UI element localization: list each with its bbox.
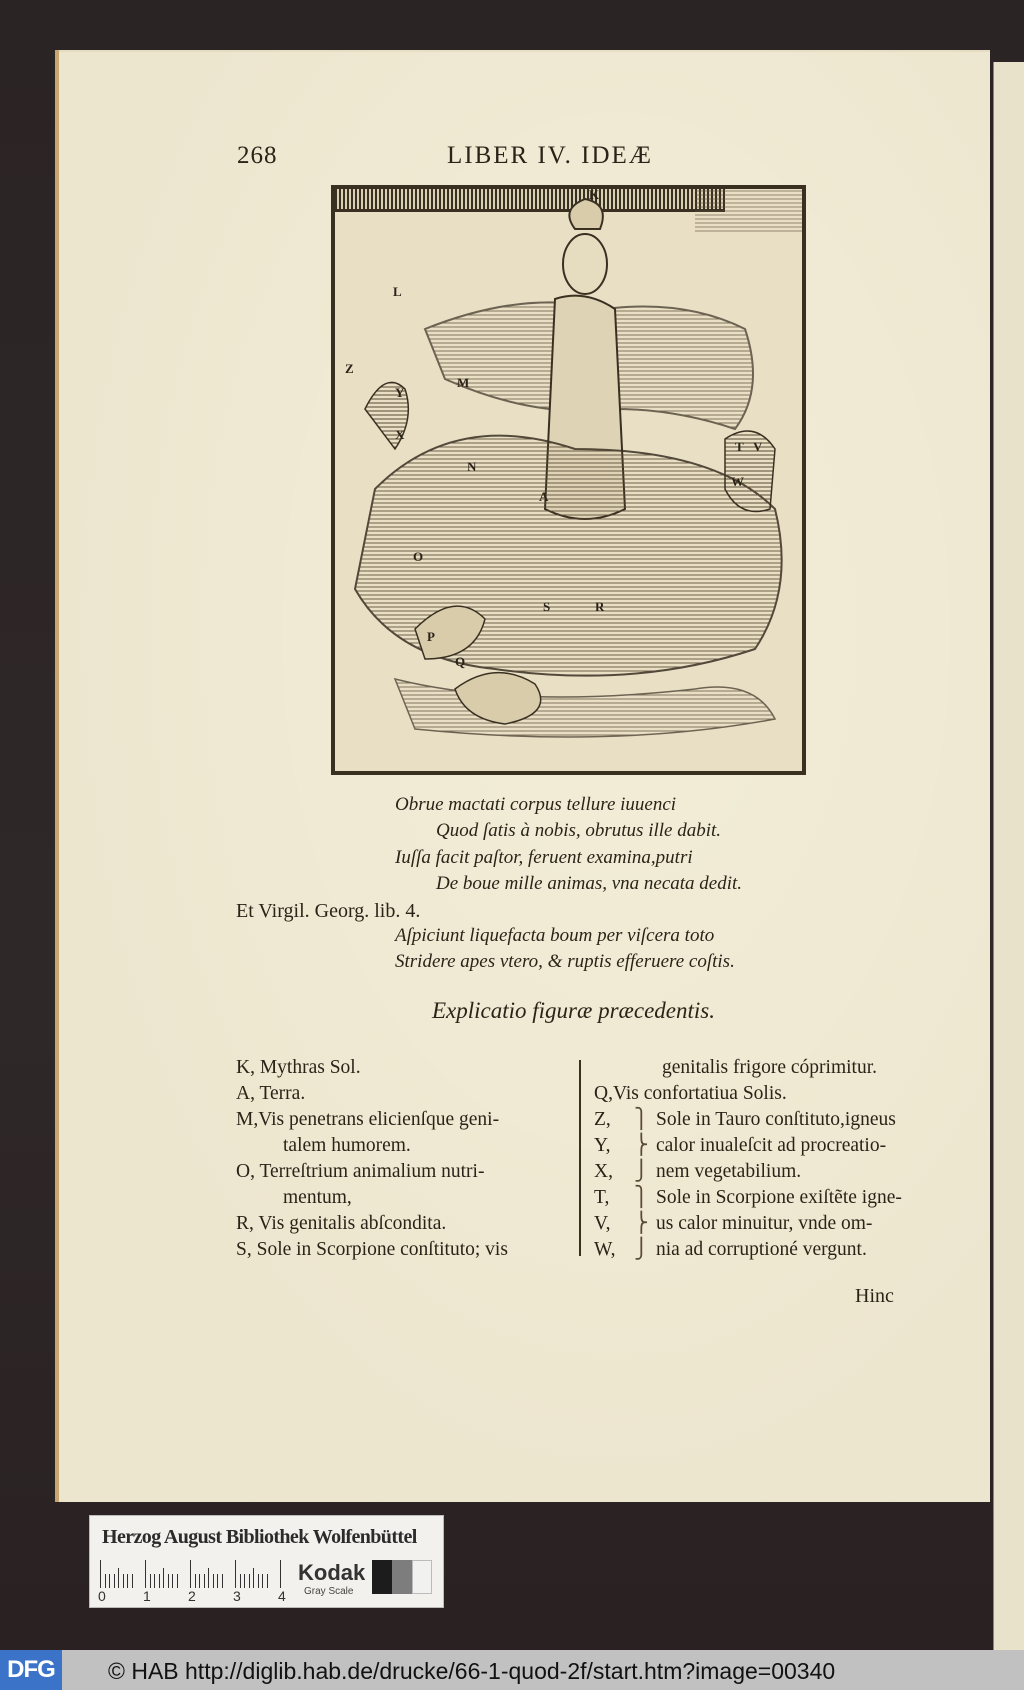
epigram-line-4: De boue mille animas, vna necata dedit. <box>436 871 742 896</box>
woodcut-label-o: O <box>413 549 423 565</box>
woodcut-illustration-mithras: K L Z Y X M N O A S R P Q T V W <box>331 185 806 775</box>
legend-right-column: genitalis frigore cóprimitur. Q,Vis conf… <box>594 1055 902 1263</box>
legend-item: A, Terra. <box>236 1081 508 1107</box>
legend-text: calor inualeſcit ad procreatio- <box>656 1135 886 1156</box>
legend-item: R, Vis genitalis abſcondita. <box>236 1211 508 1237</box>
brace-icon: ⎫ <box>634 1185 656 1211</box>
legend-key: V, <box>594 1211 634 1237</box>
legend-item-continuation: genitalis frigore cóprimitur. <box>594 1055 902 1081</box>
woodcut-label-z: Z <box>345 361 354 377</box>
brace-icon: ⎭ <box>634 1159 656 1185</box>
legend-text: Sole in Tauro conſtituto,igneus <box>656 1109 896 1130</box>
legend-text: Sole in Scorpione exiſtẽte igne- <box>656 1187 902 1208</box>
woodcut-label-r: R <box>595 599 604 615</box>
woodcut-label-a: A <box>539 489 548 505</box>
legend-text: Vis confortatiua Solis. <box>613 1083 787 1104</box>
epigram-line-1: Obrue mactati corpus tellure iuuenci <box>395 792 676 817</box>
legend-text: genitalis frigore cóprimitur. <box>662 1057 877 1078</box>
legend-key: Y, <box>594 1133 634 1159</box>
brace-icon: ⎫ <box>634 1107 656 1133</box>
woodcut-label-v: V <box>753 439 762 455</box>
running-title: LIBER IV. IDEÆ <box>447 142 653 170</box>
legend-item-continuation: mentum, <box>236 1185 508 1211</box>
woodcut-label-y: Y <box>395 385 404 401</box>
legend-key: W, <box>594 1237 634 1263</box>
virgil-verse-1: Aſpiciunt liquefacta boum per viſcera to… <box>395 923 714 948</box>
woodcut-label-w: W <box>731 474 744 490</box>
ruler-scale <box>100 1558 280 1588</box>
legend-item: Z,⎫Sole in Tauro conſtituto,igneus <box>594 1107 902 1133</box>
dfg-logo: DFG <box>0 1650 62 1690</box>
legend-text: nia ad corruptioné vergunt. <box>656 1239 867 1260</box>
legend-text: us calor minuitur, vnde om- <box>656 1213 872 1234</box>
kodak-logo: Kodak <box>298 1560 365 1586</box>
legend-item: M,Vis penetrans elicienſque geni- <box>236 1107 508 1133</box>
legend-item: T,⎫Sole in Scorpione exiſtẽte igne- <box>594 1185 902 1211</box>
legend-item: X,⎭nem vegetabilium. <box>594 1159 902 1185</box>
copyright-link[interactable]: © HAB http://diglib.hab.de/drucke/66-1-q… <box>108 1658 835 1685</box>
brace-icon: ⎭ <box>634 1237 656 1263</box>
legend-key: T, <box>594 1185 634 1211</box>
woodcut-label-k: K <box>589 187 599 203</box>
swatch-white <box>412 1560 432 1594</box>
legend-text: nem vegetabilium. <box>656 1161 801 1182</box>
legend-key: Q, <box>594 1083 613 1104</box>
legend-item: K, Mythras Sol. <box>236 1055 508 1081</box>
page-number: 268 <box>237 142 278 170</box>
explicatio-heading: Explicatio figuræ præcedentis. <box>432 998 715 1024</box>
virgil-verse-2: Stridere apes vtero, & ruptis efferuere … <box>395 949 735 974</box>
ruler-numbers: 0 1 2 3 4 <box>98 1588 288 1604</box>
legend-item: V,⎬us calor minuitur, vnde om- <box>594 1211 902 1237</box>
legend-left-column: K, Mythras Sol. A, Terra. M,Vis penetran… <box>236 1055 508 1263</box>
legend-item-continuation: talem humorem. <box>236 1133 508 1159</box>
woodcut-label-q: Q <box>455 654 465 670</box>
legend-item: S, Sole in Scorpione conſtituto; vis <box>236 1237 508 1263</box>
legend-item: Q,Vis confortatiua Solis. <box>594 1081 902 1107</box>
virgil-reference: Et Virgil. Georg. lib. 4. <box>236 900 420 923</box>
woodcut-label-s: S <box>543 599 550 615</box>
footer-bar: DFG © HAB http://diglib.hab.de/drucke/66… <box>0 1650 1024 1690</box>
swatch-black <box>372 1560 392 1594</box>
woodcut-label-p: P <box>427 629 435 645</box>
woodcut-label-n: N <box>467 459 476 475</box>
woodcut-label-t: T <box>735 439 744 455</box>
facing-page-edge <box>993 62 1024 1650</box>
woodcut-label-x: X <box>395 427 404 443</box>
institution-name: Herzog August Bibliothek Wolfenbüttel <box>102 1526 417 1549</box>
woodcut-label-l: L <box>393 284 402 300</box>
color-scale-card: Herzog August Bibliothek Wolfenbüttel 0 … <box>89 1515 444 1608</box>
swatch-gray <box>392 1560 412 1594</box>
legend-item: O, Terreſtrium animalium nutri- <box>236 1159 508 1185</box>
epigram-line-3: Iuſſa facit paſtor, feruent examina,putr… <box>395 845 693 870</box>
legend-item: W,⎭nia ad corruptioné vergunt. <box>594 1237 902 1263</box>
legend-item: Y,⎬calor inualeſcit ad procreatio- <box>594 1133 902 1159</box>
gray-scale-label: Gray Scale <box>304 1586 353 1597</box>
running-head: 268 LIBER IV. IDEÆ <box>237 142 707 172</box>
column-divider <box>579 1060 581 1256</box>
woodcut-label-m: M <box>457 375 469 391</box>
brace-icon: ⎬ <box>634 1133 656 1159</box>
legend-key: Z, <box>594 1107 634 1133</box>
catchword: Hinc <box>855 1285 894 1308</box>
legend-key: X, <box>594 1159 634 1185</box>
brace-icon: ⎬ <box>634 1211 656 1237</box>
epigram-line-2: Quod ſatis à nobis, obrutus ille dabit. <box>436 818 721 843</box>
